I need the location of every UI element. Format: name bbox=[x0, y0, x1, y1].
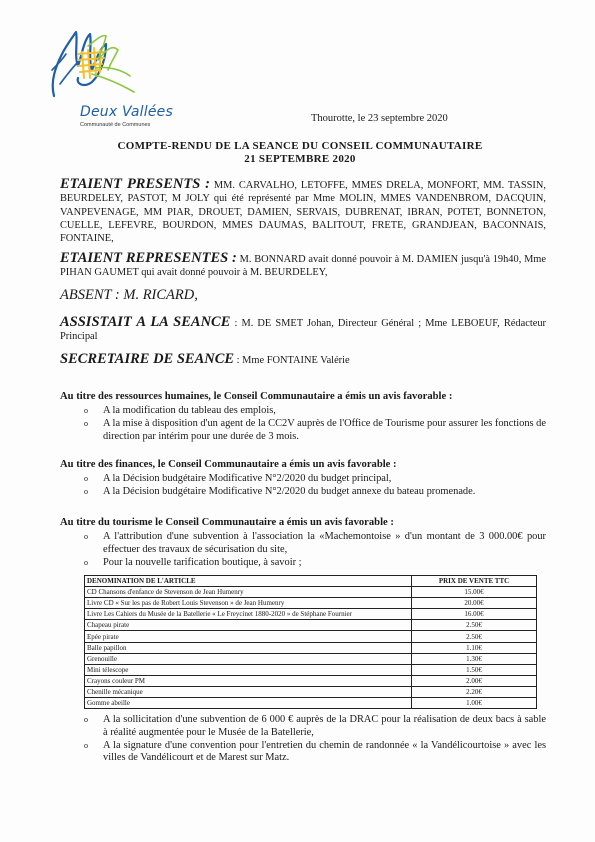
article-name: Gomme abeille bbox=[85, 698, 412, 709]
assistait-paragraph: ASSISTAIT A LA SEANCE : M. DE SMET Johan… bbox=[60, 316, 546, 344]
article-price: 1.30€ bbox=[412, 653, 537, 664]
presents-paragraph: ETAIENT PRESENTS : MM. CARVALHO, LETOFFE… bbox=[60, 178, 546, 245]
table-row: Mini télescope1.50€ bbox=[85, 664, 537, 675]
bullet-icon: o bbox=[84, 473, 88, 486]
logo: Deux Vallées Communauté de Communes bbox=[48, 26, 178, 126]
table-row: CD Chansons d'enfance de Stevenson de Je… bbox=[85, 587, 537, 598]
representes-paragraph: ETAIENT REPRESENTES : M. BONNARD avait d… bbox=[60, 252, 546, 280]
article-name: Balle papillon bbox=[85, 642, 412, 653]
table-row: Livre CD « Sur les pas de Robert Louis S… bbox=[85, 598, 537, 609]
bullet-icon: o bbox=[84, 418, 88, 431]
bullet-icon: o bbox=[84, 405, 88, 418]
table-body: CD Chansons d'enfance de Stevenson de Je… bbox=[85, 587, 537, 709]
document-date: Thourotte, le 23 septembre 2020 bbox=[311, 113, 448, 124]
article-name: Mini télescope bbox=[85, 664, 412, 675]
secretaire-text: : Mme FONTAINE Valérie bbox=[234, 355, 350, 366]
bullet-icon: o bbox=[84, 531, 88, 544]
bullet-icon: o bbox=[84, 740, 88, 753]
article-price: 2.20€ bbox=[412, 686, 537, 697]
article-price: 15.00€ bbox=[412, 587, 537, 598]
representes-label: ETAIENT REPRESENTES : bbox=[60, 250, 237, 266]
article-name: Grenouille bbox=[85, 653, 412, 664]
list-item: oA la mise à disposition d'un agent de l… bbox=[84, 418, 546, 444]
section-title-rh: Au titre des ressources humaines, le Con… bbox=[60, 391, 550, 402]
article-name: Chapeau pirate bbox=[85, 620, 412, 631]
absent-paragraph: ABSENT : M. RICARD, bbox=[60, 289, 546, 303]
article-price: 1.00€ bbox=[412, 698, 537, 709]
list-item: oA la Décision budgétaire Modificative N… bbox=[84, 473, 546, 486]
section-title-tourisme: Au titre du tourisme le Conseil Communau… bbox=[60, 517, 550, 528]
column-header-price: PRIX DE VENTE TTC bbox=[412, 576, 537, 587]
tarifs-table: DENOMINATION DE L'ARTICLE PRIX DE VENTE … bbox=[84, 575, 537, 709]
article-name: Epée pirate bbox=[85, 631, 412, 642]
document-page: Deux Vallées Communauté de Communes Thou… bbox=[0, 0, 595, 842]
list-tourisme: oA l'attribution d'une subvention à l'as… bbox=[84, 531, 546, 569]
list-item: oA l'attribution d'une subvention à l'as… bbox=[84, 531, 546, 557]
list-item: oA la modification du tableau des emploi… bbox=[84, 405, 546, 418]
article-name: Livre CD « Sur les pas de Robert Louis S… bbox=[85, 598, 412, 609]
list-rh: oA la modification du tableau des emploi… bbox=[84, 405, 546, 443]
article-name: Crayons couleur PM bbox=[85, 675, 412, 686]
logo-subtitle: Communauté de Communes bbox=[80, 122, 150, 128]
table-row: Gomme abeille1.00€ bbox=[85, 698, 537, 709]
bullet-icon: o bbox=[84, 714, 88, 727]
logo-mark-icon bbox=[48, 26, 143, 106]
secretaire-label: SECRETAIRE DE SEANCE bbox=[60, 351, 234, 367]
table-row: Crayons couleur PM2.00€ bbox=[85, 675, 537, 686]
bullet-icon: o bbox=[84, 557, 88, 570]
document-title-date: 21 SEPTEMBRE 2020 bbox=[60, 153, 540, 165]
absent-label: ABSENT : M. RICARD, bbox=[60, 287, 198, 303]
list-finances: oA la Décision budgétaire Modificative N… bbox=[84, 473, 546, 499]
article-name: CD Chansons d'enfance de Stevenson de Je… bbox=[85, 587, 412, 598]
list-item: oA la Décision budgétaire Modificative N… bbox=[84, 486, 546, 499]
article-price: 2.50€ bbox=[412, 620, 537, 631]
logo-name: Deux Vallées bbox=[80, 104, 173, 120]
article-name: Livre Les Cahiers du Musée de la Batelle… bbox=[85, 609, 412, 620]
table-row: Chapeau pirate2.50€ bbox=[85, 620, 537, 631]
list-item: oPour la nouvelle tarification boutique,… bbox=[84, 557, 546, 570]
table-row: Epée pirate2.50€ bbox=[85, 631, 537, 642]
document-title: COMPTE-RENDU DE LA SEANCE DU CONSEIL COM… bbox=[60, 140, 540, 152]
bullet-icon: o bbox=[84, 486, 88, 499]
article-price: 2.00€ bbox=[412, 675, 537, 686]
table-row: Balle papillon1.10€ bbox=[85, 642, 537, 653]
list-tourisme-after: oA la sollicitation d'une subvention de … bbox=[84, 714, 546, 765]
article-price: 20.00€ bbox=[412, 598, 537, 609]
table-row: Grenouille1.30€ bbox=[85, 653, 537, 664]
secretaire-paragraph: SECRETAIRE DE SEANCE : Mme FONTAINE Valé… bbox=[60, 353, 546, 367]
article-price: 1.10€ bbox=[412, 642, 537, 653]
list-item: oA la sollicitation d'une subvention de … bbox=[84, 714, 546, 740]
table-row: Livre Les Cahiers du Musée de la Batelle… bbox=[85, 609, 537, 620]
section-title-finances: Au titre des finances, le Conseil Commun… bbox=[60, 459, 550, 470]
list-item: oA la signature d'une convention pour l'… bbox=[84, 740, 546, 766]
article-price: 16.00€ bbox=[412, 609, 537, 620]
table-header-row: DENOMINATION DE L'ARTICLE PRIX DE VENTE … bbox=[85, 576, 537, 587]
column-header-article: DENOMINATION DE L'ARTICLE bbox=[85, 576, 412, 587]
article-price: 1.50€ bbox=[412, 664, 537, 675]
assistait-label: ASSISTAIT A LA SEANCE bbox=[60, 314, 230, 330]
article-price: 2.50€ bbox=[412, 631, 537, 642]
presents-label: ETAIENT PRESENTS : bbox=[60, 176, 210, 192]
article-name: Chenille mécanique bbox=[85, 686, 412, 697]
table-row: Chenille mécanique2.20€ bbox=[85, 686, 537, 697]
